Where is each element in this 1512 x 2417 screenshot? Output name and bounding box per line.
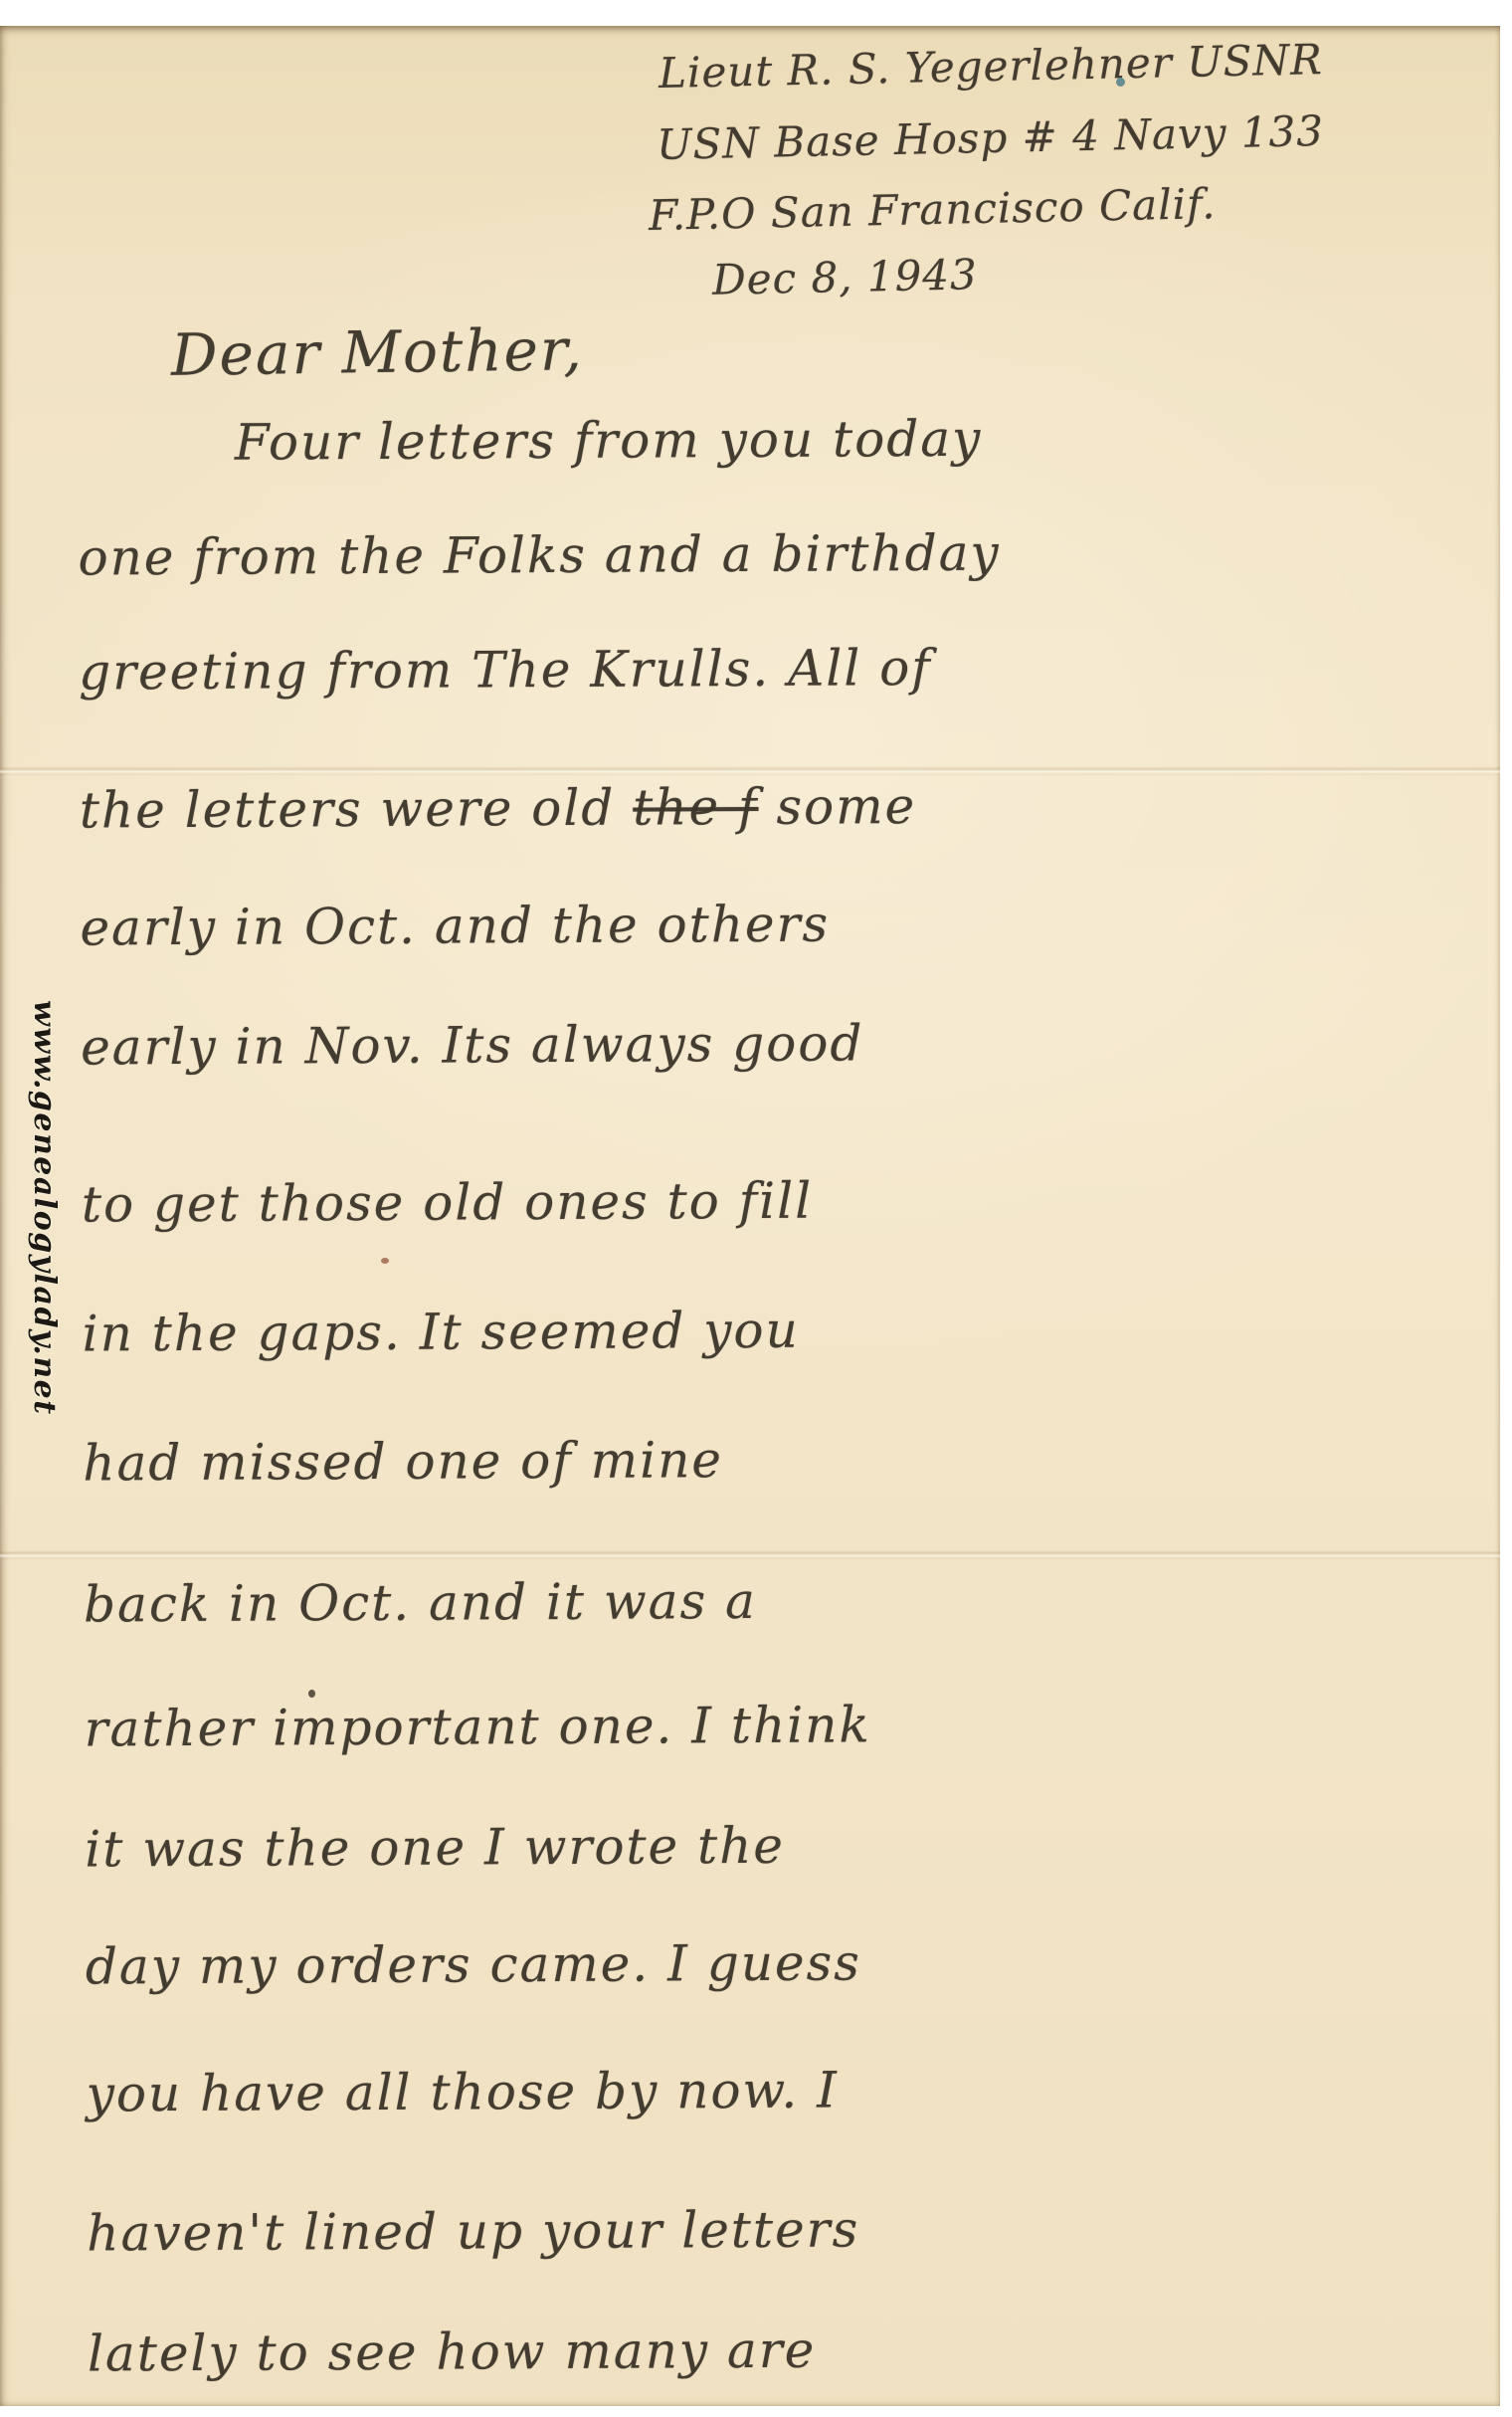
body-line: in the gaps. It seemed you [82,1302,799,1363]
letter-body: Four letters from you today one from the… [0,22,1506,2410]
body-line: lately to see how many are [88,2321,817,2383]
body-line: back in Oct. and it was a [84,1572,757,1634]
body-text: some [758,777,916,836]
body-line: early in Oct. and the others [80,896,830,957]
body-line: one from the Folks and a birthday [78,524,1000,587]
struck-text: the f [633,778,759,837]
body-line: to get those old ones to fill [82,1172,814,1234]
paper-speck [381,1258,389,1264]
body-line: greeting from The Krulls. All of [79,639,932,701]
body-line: you have all those by now. I [86,2062,839,2123]
body-line: rather important one. I think [85,1696,871,1757]
letter-page: www.genealogylady.net Lieut R. S. Yegerl… [0,26,1500,2406]
body-text: the letters were old [80,779,634,840]
body-line: had missed one of mine [83,1431,723,1492]
body-line: day my orders came. I guess [86,1933,861,1995]
scanned-letter: www.genealogylady.net Lieut R. S. Yegerl… [0,0,1512,2417]
paper-speck [308,1690,315,1698]
ink-speck [1116,78,1125,87]
body-line: haven't lined up your letters [87,2200,859,2262]
body-line: early in Nov. Its always good [81,1014,864,1076]
body-line: it was the one I wrote the [85,1817,785,1879]
body-line: Four letters from you today [235,410,983,472]
body-line-with-strikethrough: the letters were old the f some [80,777,917,839]
